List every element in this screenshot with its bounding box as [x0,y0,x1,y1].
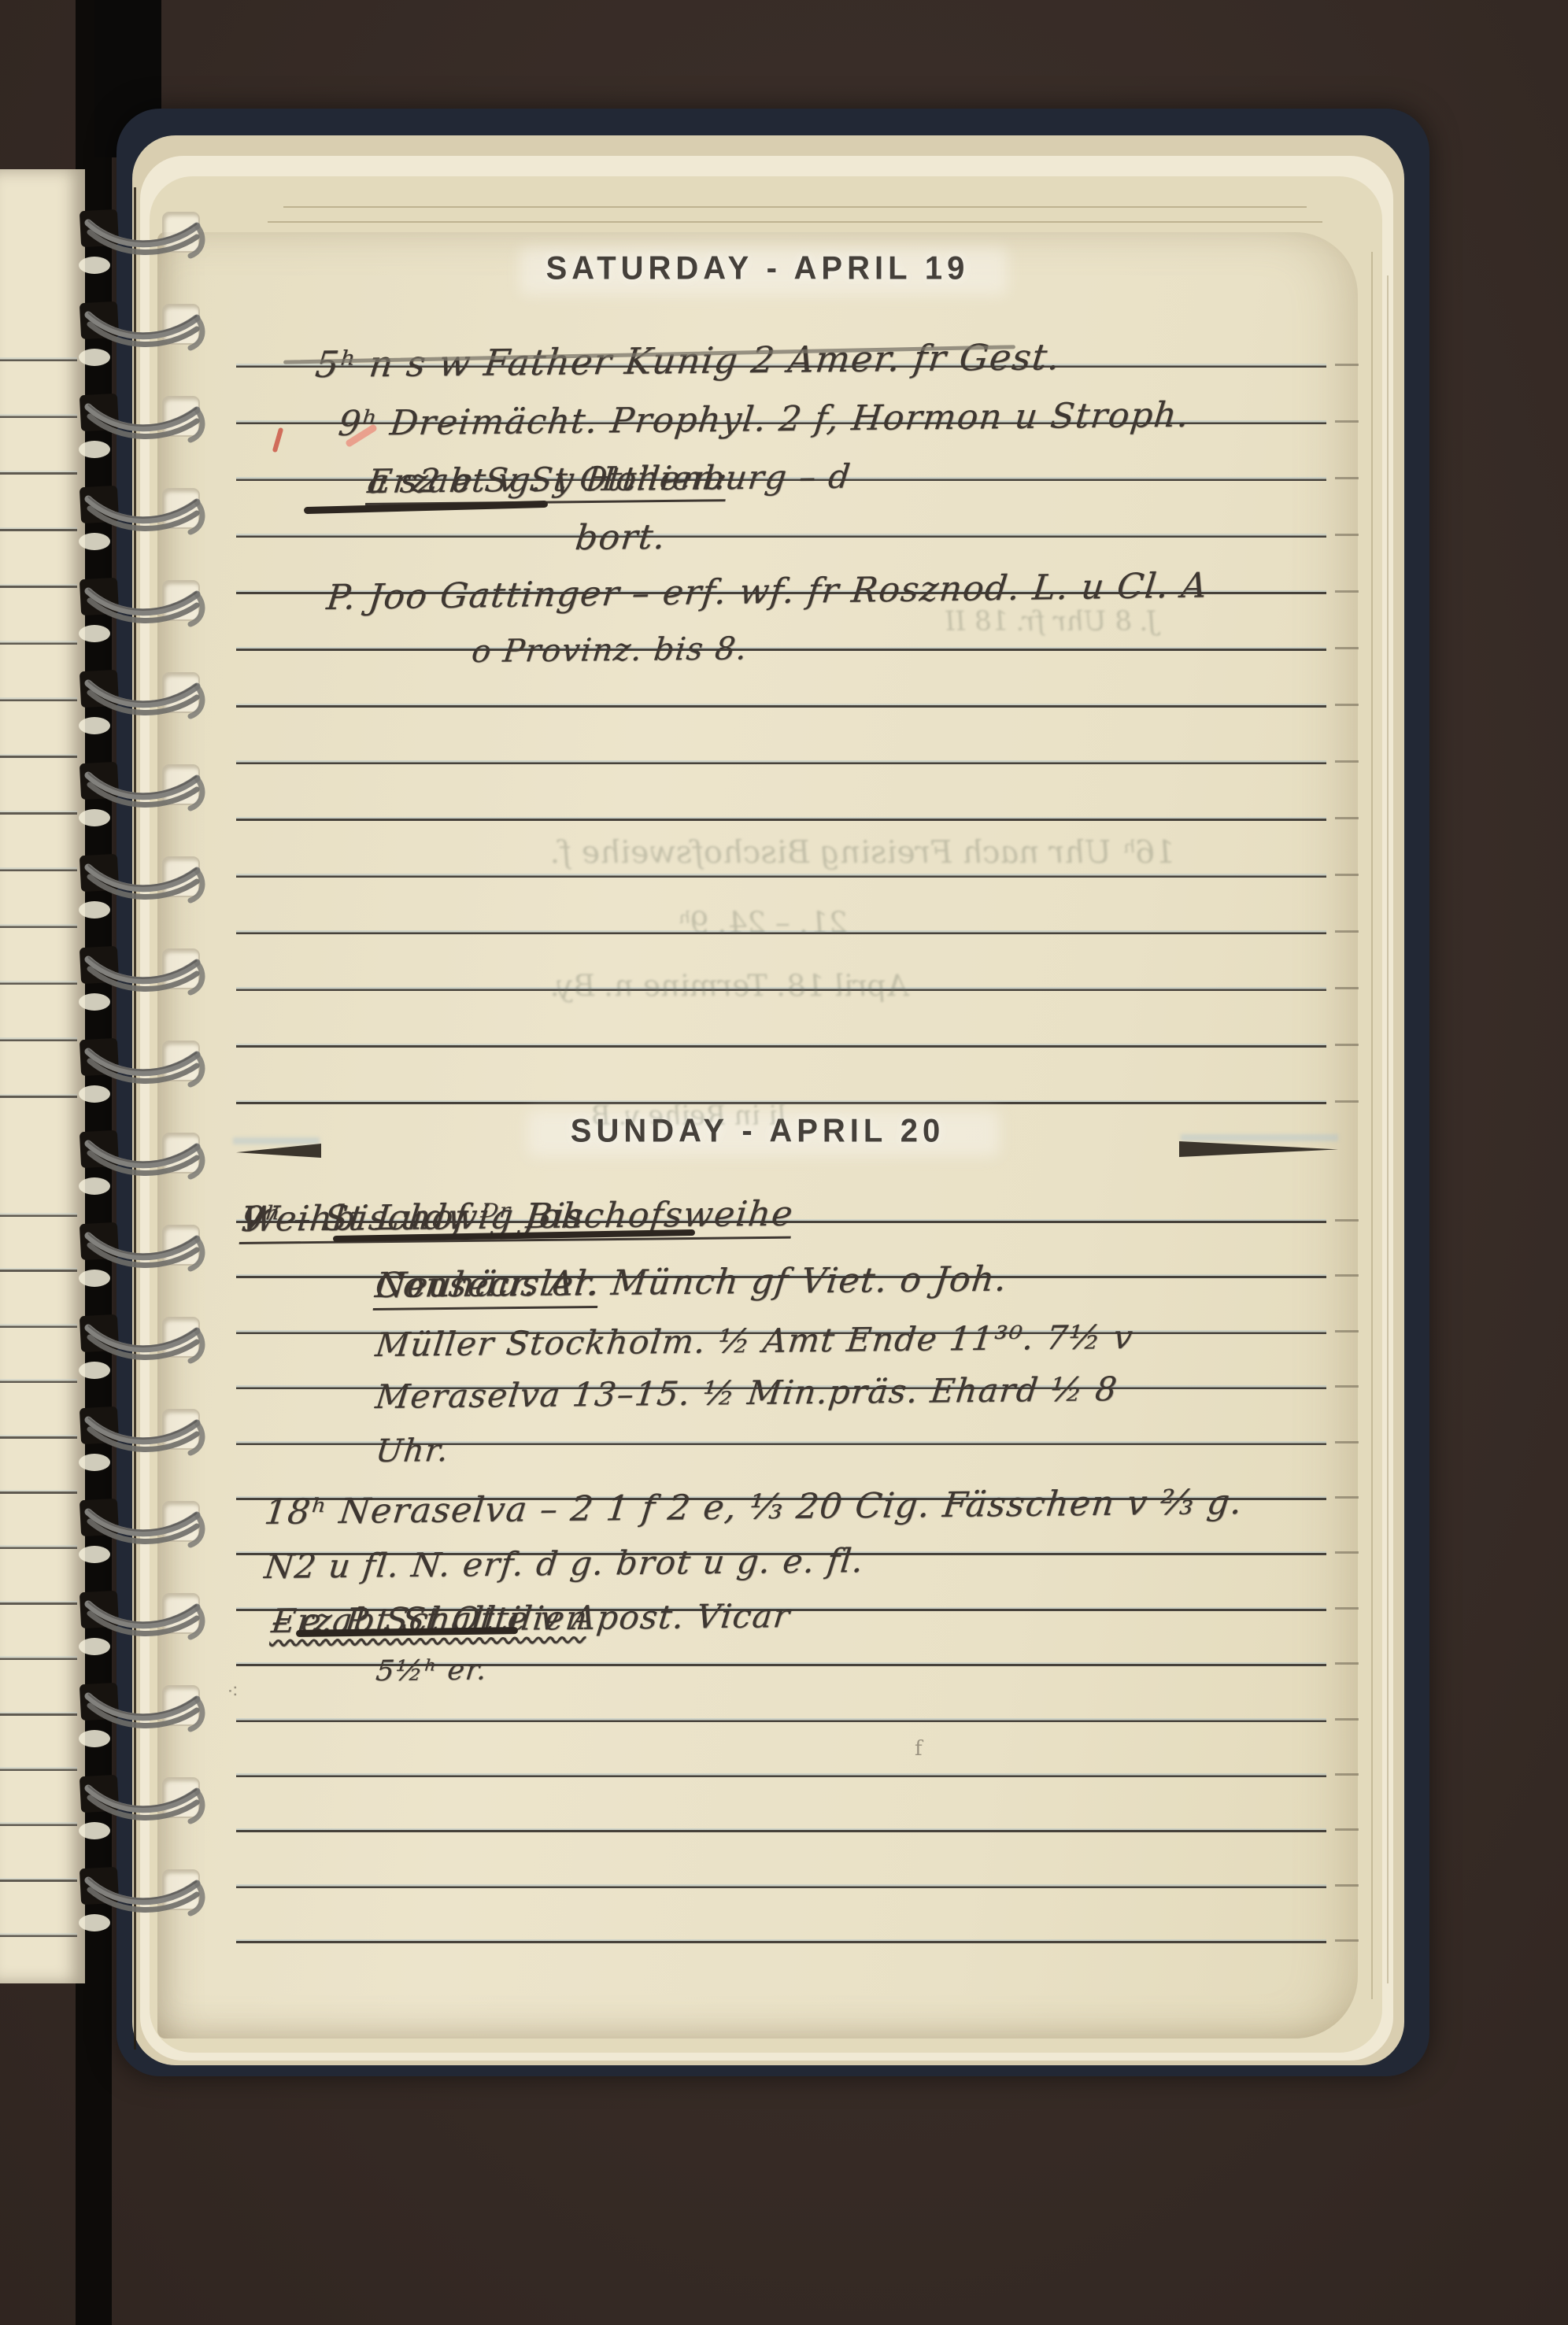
bar-smear [233,1137,320,1144]
sheet-edge [1371,252,1373,1999]
ruled-line-tick [1335,1274,1359,1277]
entry-text: Consecr. Al. Münch gf Viet. o Joh. [373,1259,1009,1306]
ruled-line [0,1933,77,1937]
ruled-line [0,1268,77,1272]
spiral-coil [72,1403,214,1481]
ruled-line-tick [1335,647,1359,649]
entry-text: 5½ʰ er. [374,1654,489,1687]
spiral-coil [72,298,214,376]
ruled-line [236,704,1326,708]
ruled-line-tick [1335,1662,1359,1665]
ruled-line-tick [1335,1441,1359,1443]
stray-mark: f [915,1737,923,1761]
bleedthrough-text: April 18. Termine n. By. [549,968,911,1003]
ruled-line-tick [1335,420,1359,423]
spiral-coil [72,1034,214,1113]
entry-text: a s2 e Sg. y Hohenburg – d [365,457,852,501]
spiral-coil [72,1863,214,1942]
ruled-line-tick [1335,817,1359,819]
ruled-line [236,1773,1326,1777]
ruled-line [236,534,1326,538]
ruled-line-tick [1335,1551,1359,1554]
ruled-line-tick [1335,1718,1359,1721]
spiral-coil [72,1587,214,1665]
spiral-coil [72,1310,214,1389]
spiral-coil [72,1679,214,1758]
ruled-line [0,1435,77,1439]
spiral-coil [72,850,214,929]
spiral-coil [72,1771,214,1850]
entry-text: Müller Stockholm. ½ Amt Ende 11³⁰. 7½ v [373,1318,1135,1364]
ruled-line [0,867,77,871]
ruled-line [0,357,77,361]
ruled-line-tick [1335,1219,1359,1222]
ruled-line-tick [1335,477,1359,479]
saturday-header: SATURDAY - APRIL 19 [157,250,1358,287]
ruled-line-tick [1335,760,1359,763]
sheet-edge [1387,275,1389,1983]
ruled-line-tick [1335,1044,1359,1046]
ruled-line [0,527,77,531]
entry-text: N2 u fl. N. erf. d g. brot u g. e. fl. [262,1541,866,1586]
ruled-line [0,471,77,475]
entry-text: 9ʰ Dreimächt. Prophyl. 2 f, Hormon u Str… [336,395,1192,444]
spiral-coil [72,1495,214,1573]
spiral-coil [72,205,214,284]
ruled-line [0,924,77,928]
spiral-coil [72,758,214,837]
ruled-line [0,641,77,645]
ruled-line-tick [1335,534,1359,536]
ruled-line-tick [1335,1496,1359,1499]
ruled-line-tick [1335,1385,1359,1388]
entry-text: 18ʰ Neraselva – 2 1 f 2 e, ⅓ 20 Cig. Fäs… [262,1482,1244,1532]
entry-text: Meraselva 13–15. ½ Min.präs. Ehard ½ 8 [373,1369,1119,1416]
ruled-line [0,1213,77,1217]
ruled-line [0,1094,77,1098]
ruled-line [0,1656,77,1660]
ruled-line [0,1712,77,1716]
ruled-line-tick [1335,1773,1359,1776]
bar-smear [1181,1134,1338,1141]
ruled-line [236,817,1326,821]
sheet-edge [283,206,1307,208]
bleedthrough-text: 16ʰ Uhr nach Freising Bischofsweihe f. [549,834,1177,870]
ruled-line [0,697,77,701]
ruled-line-tick [1335,987,1359,989]
diary-page: SATURDAY - APRIL 19 SUNDAY - APRIL 20 5ʰ… [157,232,1358,2039]
ruled-line [0,584,77,588]
ruled-line [0,981,77,985]
bleedthrough-text: J. 8 Uhr fr. 18 II [943,606,1159,638]
spiral-coil [72,574,214,652]
ruled-line-tick [1335,1939,1359,1942]
ruled-line [236,874,1326,878]
ruled-line-tick [1335,930,1359,933]
notebook-photo: ”/3appa2 tLoge.f.95den-5,hard¼ SATURDAY … [0,0,1568,2325]
ruled-line [236,1044,1326,1048]
spiral-coil [72,390,214,468]
pencil-scribble: ⁖ [227,1680,239,1704]
ruled-line [0,754,77,758]
ruled-line [236,1939,1326,1943]
ruled-line-tick [1335,1100,1359,1103]
ruled-line [236,760,1326,764]
ruled-line [0,414,77,418]
red-check-mark [272,427,284,453]
ruled-line-tick [1335,1330,1359,1333]
entry-text: Uhr. [374,1432,451,1469]
ruled-line [0,1037,77,1041]
ruled-line-tick [1335,704,1359,706]
ruled-line-tick [1335,1884,1359,1887]
ruled-line [236,647,1326,651]
ruled-line [0,1490,77,1494]
bleedthrough-text: li in Reihe v. B. [581,1100,788,1132]
ruled-line-tick [1335,364,1359,366]
ruled-line [0,1545,77,1549]
ruled-line-tick [1335,590,1359,593]
entry-text: o Provinz. bis 8. [470,630,749,670]
ruled-line [0,1878,77,1882]
entry-text: bort. [573,517,668,558]
ruled-line-tick [1335,1607,1359,1610]
ruled-line [0,1379,77,1383]
ruled-line [236,1884,1326,1888]
ruled-line [236,1828,1326,1832]
ruled-line [236,1718,1326,1722]
spiral-coil [72,482,214,560]
ruled-line [0,1767,77,1771]
ruled-line-tick [1335,874,1359,876]
spiral-coil [72,1126,214,1205]
ruled-line [0,1822,77,1826]
ruled-line-tick [1335,1828,1359,1831]
ruled-line [0,1601,77,1605]
ruled-line [0,811,77,815]
spiral-coil [72,666,214,745]
bleedthrough-text: 21. – 24. 9ʰ [675,905,849,940]
spiral-coil [72,1218,214,1297]
spiral-coil [72,942,214,1021]
sheet-edge [268,221,1322,223]
ruled-line [0,1324,77,1328]
